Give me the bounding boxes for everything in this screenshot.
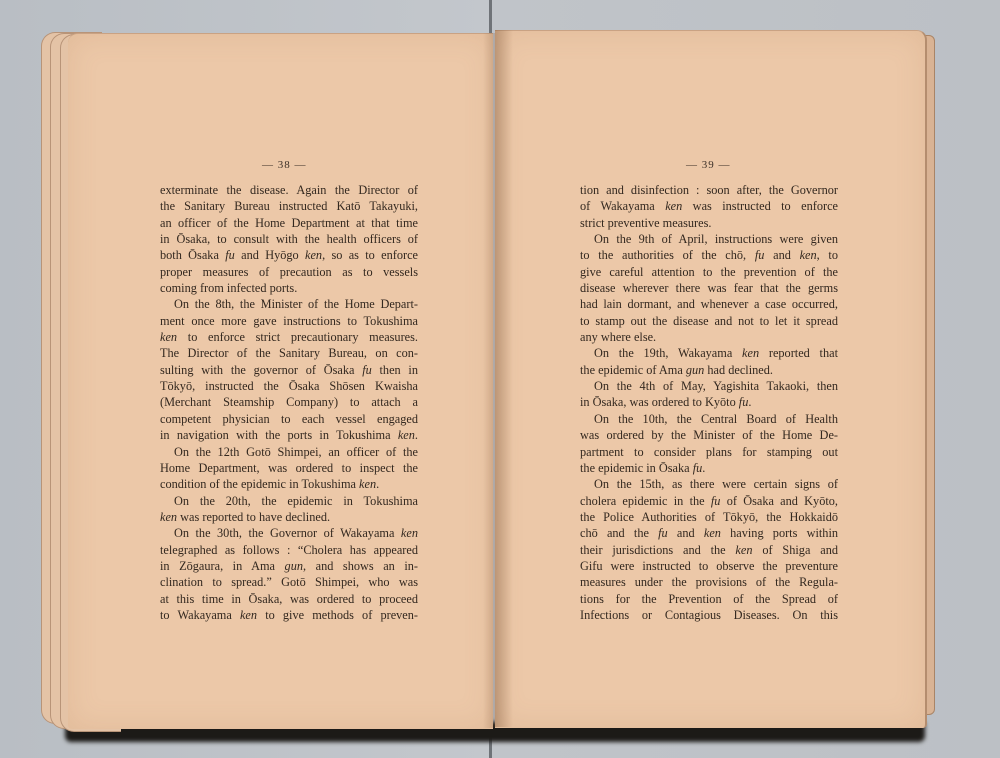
text-line: On the 4th of May, Yagishita Takaoki, th… [580,378,838,394]
right-page-body: tion and disinfection : soon after, the … [580,182,838,623]
left-page-body: exterminate the disease. Again the Direc… [160,182,418,623]
text-line: had lain dormant, and whenever a case oc… [580,296,838,312]
text-line: disease wherever there was fear that the… [580,280,838,296]
text-line: cholera epidemic in the fu of Ōsaka and … [580,493,838,509]
page-number-left: — 38 — [262,159,307,171]
text-line: ken to enforce strict precautionary meas… [160,329,418,345]
text-line: partment to consider plans for stamping … [580,444,838,460]
text-line: condition of the epidemic in Tokushima k… [160,476,418,492]
text-line: in Ōsaka, to consult with the health off… [160,231,418,247]
text-line: measures under the provisions of the Reg… [580,574,838,590]
text-line: Infections or Contagious Diseases. On th… [580,607,838,623]
gutter-shadow [495,30,513,727]
text-line: an officer of the Home Department at tha… [160,215,418,231]
text-line: to Wakayama ken to give methods of preve… [160,607,418,623]
text-line: Home Department, was ordered to inspect … [160,460,418,476]
text-line: competent physician to each vessel engag… [160,411,418,427]
text-line: give careful attention to the prevention… [580,264,838,280]
text-line: On the 9th of April, instructions were g… [580,231,838,247]
text-line: telegraphed as follows : “Cholera has ap… [160,542,418,558]
text-line: both Ōsaka fu and Hyōgo ken, so as to en… [160,247,418,263]
text-line: their jurisdictions and the ken of Shiga… [580,542,838,558]
text-line: the Police Authorities of Tōkyō, the Hok… [580,509,838,525]
text-line: was ordered by the Minister of the Home … [580,427,838,443]
text-line: ken was reported to have declined. [160,509,418,525]
text-line: to stamp out the disease and not to let … [580,313,838,329]
text-line: tion and disinfection : soon after, the … [580,182,838,198]
text-line: ment once more gave instructions to Toku… [160,313,418,329]
text-line: the epidemic in Ōsaka fu. [580,460,838,476]
text-line: coming from infected ports. [160,280,418,296]
text-line: Gifu were instructed to observe the prev… [580,558,838,574]
text-line: On the 10th, the Central Board of Health [580,411,838,427]
text-line: the epidemic of Ama gun had declined. [580,362,838,378]
text-line: in Zōgaura, in Ama gun, and shows an in- [160,558,418,574]
text-line: The Director of the Sanitary Bureau, on … [160,345,418,361]
text-line: On the 30th, the Governor of Wakayama ke… [160,525,418,541]
text-line: in Ōsaka, was ordered to Kyōto fu. [580,394,838,410]
text-line: clination to spread.” Gotō Shimpei, who … [160,574,418,590]
text-line: Tōkyō, instructed the Ōsaka Shōsen Kwais… [160,378,418,394]
text-line: to the authorities of the chō, fu and ke… [580,247,838,263]
text-line: (Merchant Steamship Company) to attach a [160,394,418,410]
text-line: On the 8th, the Minister of the Home Dep… [160,296,418,312]
text-line: sulting with the governor of Ōsaka fu th… [160,362,418,378]
text-line: proper measures of precaution as to vess… [160,264,418,280]
text-line: exterminate the disease. Again the Direc… [160,182,418,198]
text-line: On the 12th Gotō Shimpei, an officer of … [160,444,418,460]
text-line: in navigation with the ports in Tokushim… [160,427,418,443]
text-line: strict preventive measures. [580,215,838,231]
text-line: On the 15th, as there were certain signs… [580,476,838,492]
text-line: chō and the fu and ken having ports with… [580,525,838,541]
gutter-shadow [483,33,495,728]
text-line: On the 19th, Wakayama ken reported that [580,345,838,361]
page-number-right: — 39 — [686,159,731,171]
text-line: the Sanitary Bureau instructed Katō Taka… [160,198,418,214]
text-line: tions for the Prevention of the Spread o… [580,591,838,607]
text-line: On the 20th, the epidemic in Tokushima [160,493,418,509]
text-line: any where else. [580,329,838,345]
text-line: of Wakayama ken was instructed to enforc… [580,198,838,214]
text-line: at this time in Ōsaka, was ordered to pr… [160,591,418,607]
